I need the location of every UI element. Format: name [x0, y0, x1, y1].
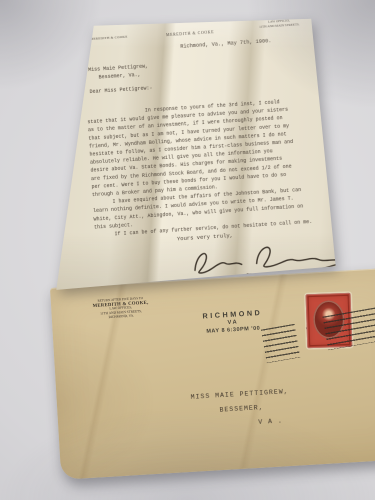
envelope-address-block: MISS MAIE PETTIGREW,BESSEMER,V A .	[190, 378, 375, 476]
postmark-killer-bars-left	[261, 324, 300, 363]
envelope: RETURN AFTER FIVE DAYS TOMEREDITH & COOK…	[50, 267, 375, 479]
letter-text-layer: MEREDITH & COOKE LAW OFFICES,11TH AND MA…	[45, 7, 350, 303]
signature	[183, 233, 345, 287]
letter: MEREDITH & COOKE LAW OFFICES,11TH AND MA…	[52, 16, 340, 294]
letter-paper: MEREDITH & COOKE LAW OFFICES,11TH AND MA…	[52, 16, 340, 294]
photo-scene: MEREDITH & COOKE LAW OFFICES,11TH AND MA…	[0, 0, 375, 500]
recipient-line: Dear Miss Pettigrew:-	[89, 85, 152, 97]
